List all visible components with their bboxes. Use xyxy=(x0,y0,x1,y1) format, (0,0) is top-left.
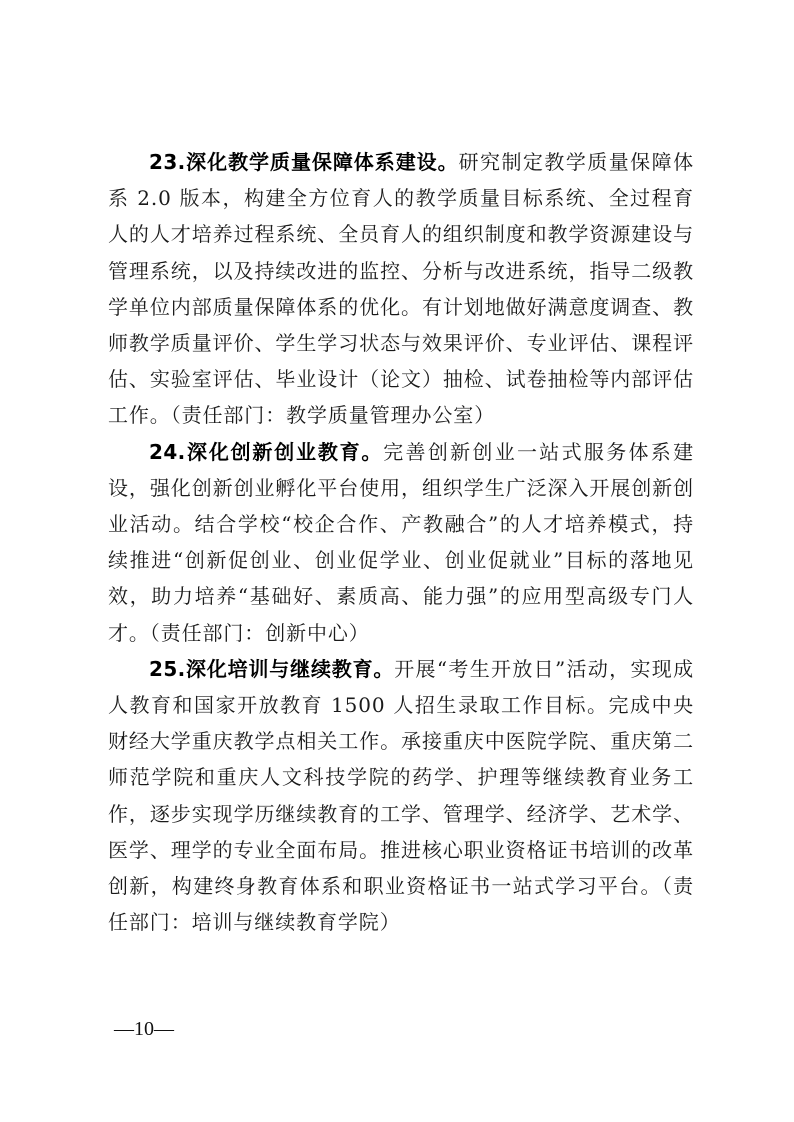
section-body: 开展“考生开放日”活动，实现成人教育和国家开放教育 1500 人招生录取工作目标… xyxy=(108,657,694,934)
section-body: 研究制定教学质量保障体系 2.0 版本，构建全方位育人的教学质量目标系统、全过程… xyxy=(108,150,694,427)
page-number: —10— xyxy=(114,1018,174,1041)
section-body: 完善创新创业一站式服务体系建设，强化创新创业孵化平台使用，组织学生广泛深入开展创… xyxy=(108,440,694,645)
document-page: 23.深化教学质量保障体系建设。研究制定教学质量保障体系 2.0 版本，构建全方… xyxy=(0,0,794,1122)
section-23: 23.深化教学质量保障体系建设。研究制定教学质量保障体系 2.0 版本，构建全方… xyxy=(108,144,694,434)
section-heading: 25.深化培训与继续教育。 xyxy=(149,657,394,681)
document-body: 23.深化教学质量保障体系建设。研究制定教学质量保障体系 2.0 版本，构建全方… xyxy=(108,144,694,940)
section-25: 25.深化培训与继续教育。开展“考生开放日”活动，实现成人教育和国家开放教育 1… xyxy=(108,651,694,941)
section-heading: 23.深化教学质量保障体系建设。 xyxy=(149,150,459,174)
section-heading: 24.深化创新创业教育。 xyxy=(149,440,383,464)
section-24: 24.深化创新创业教育。完善创新创业一站式服务体系建设，强化创新创业孵化平台使用… xyxy=(108,434,694,651)
